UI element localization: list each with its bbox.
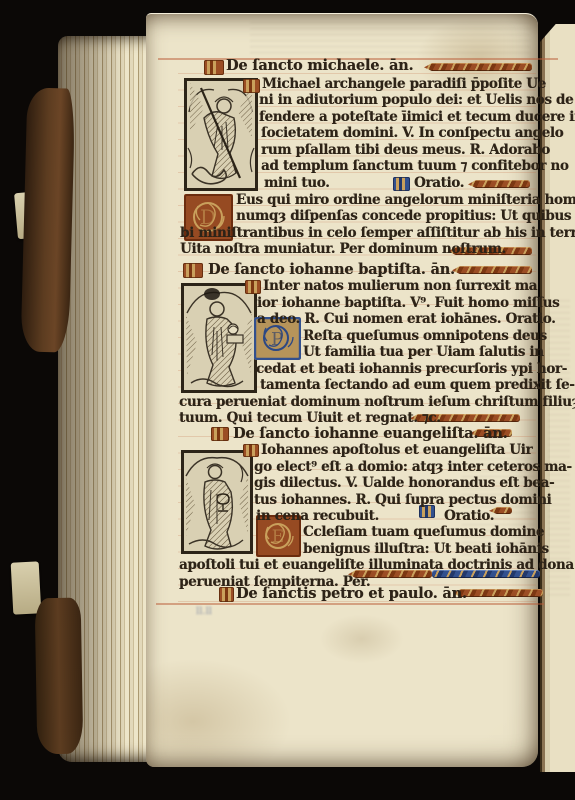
rubric-pilcrow-icon (245, 280, 261, 294)
section-header-baptist: De ſancto iohanne baptiſta. ān. (208, 262, 455, 278)
text-line: numqȝ diſpenſas concede propitius: Ut qu… (236, 208, 575, 224)
text-line: gis dilectus. V. Ualde honorandus eſt be… (254, 475, 554, 491)
text-line: cedat et beati iohannis precurſoris ypi … (256, 361, 567, 377)
blue-pilcrow-icon (393, 177, 410, 191)
text-line: a deo. R. Cui nomen erat iohānes. Oratio… (257, 311, 555, 327)
text-line: ni in adiutorium populo dei: et Uelis no… (259, 92, 573, 108)
text-line: apoſtoli tui et euangeliſte illuminata d… (179, 557, 574, 573)
rubric-pilcrow-icon (243, 79, 260, 93)
text-line: bi miniſtrantibus in celo ſemper aſſiſti… (180, 225, 575, 241)
text-line: Reſta queſumus omnipotens deus (303, 328, 547, 344)
oratio-label: Oratio. (414, 175, 464, 191)
text-line: Uita noſtra muniatur. Per dominum noſtru… (180, 241, 506, 257)
book-photograph: ll.ll (0, 0, 575, 800)
page-marker-tab-lower (11, 561, 42, 614)
text-line: in cena recubuit. (256, 508, 379, 524)
line-filler (452, 266, 532, 274)
text-line: cura perueniat dominum noſtrum ieſum chr… (179, 394, 575, 410)
text-line: tuum. Qui tecum Uiuit et regnat. ⁊c. (179, 410, 440, 426)
text-line: Eus qui miro ordine angelorum miniſteria… (236, 192, 575, 208)
woodcut-st-michael (184, 78, 258, 191)
worn-leather-binding-upper (21, 87, 76, 352)
text-line: Michael archangele paradiſi p̄poſite Ue (262, 76, 546, 92)
rubric-pilcrow-icon (204, 60, 224, 75)
text-line: go elect⁹ eſt a domio: atqȝ inter cetero… (254, 459, 572, 475)
line-filler (468, 180, 530, 188)
initial-letter: E (272, 527, 284, 547)
ruled-line-bottom (156, 603, 544, 605)
text-line: tus iohannes. R. Qui ſupra pectus domini (254, 492, 551, 508)
woodcut-st-john-evangelist (181, 450, 253, 554)
text-line: Ccleſiam tuam queſumus domine (303, 524, 544, 540)
ink-showthrough-sliver (548, 300, 570, 600)
section-header-peter-paul: De ſanctis petro et paulo. ān. (236, 586, 467, 602)
worn-leather-binding-lower (35, 598, 84, 755)
initial-letter: P (271, 329, 283, 350)
bleed-mark: ll.ll (196, 606, 212, 617)
text-line: rum pſallam tibi deus meus. R. Adorabo (261, 142, 550, 158)
text-line: Inter natos mulierum non ſurrexit ma (263, 278, 537, 294)
section-header-michael: De ſancto michaele. ān. (226, 58, 413, 74)
text-line: Iohannes apoſtolus et euangeliſta Uir (261, 442, 532, 458)
rubric-pilcrow-icon (211, 427, 229, 441)
text-line: tamenta ſectando ad eum quem predixit ſe… (260, 377, 575, 393)
ink-showthrough-top (250, 22, 530, 56)
text-line: Ut familia tua per Uiam ſalutis in (303, 344, 544, 360)
text-line: fendere a poteſtate īimici et tecum duce… (259, 109, 575, 125)
text-line: mini tuo. (264, 175, 329, 191)
line-filler (424, 63, 532, 71)
text-line: ad templum ſanctum tuum ⁊ confitebor no (261, 158, 568, 174)
text-line: ior iohanne baptiſta. V⁹. Fuit homo miſſ… (257, 295, 559, 311)
rubric-pilcrow-icon (183, 263, 203, 278)
section-header-evangelist: De ſancto iohanne euangeliſta. ān. (233, 426, 507, 442)
text-line: benignus illuſtra: Ut beati iohānis (303, 541, 549, 557)
text-line: ſocietatem domini. V. In conſpectu angel… (261, 125, 563, 141)
rubric-pilcrow-icon (243, 444, 259, 457)
oratio-label: Oratio. (444, 508, 494, 524)
woodcut-st-john-baptist (181, 283, 257, 393)
